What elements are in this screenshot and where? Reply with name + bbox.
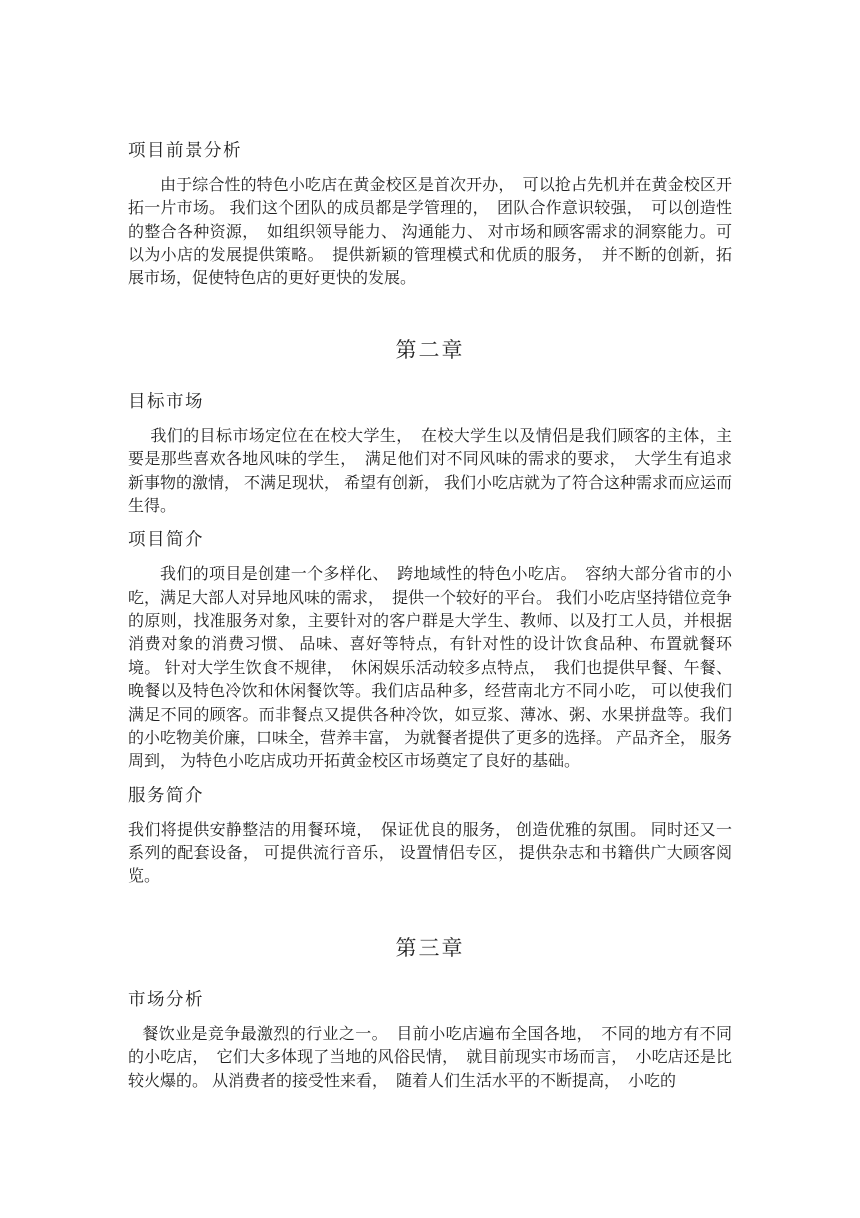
heading-project-prospect-analysis: 项目前景分析 [128,139,732,162]
paragraph-project-prospect: 由于综合性的特色小吃店在黄金校区是首次开办， 可以抢占先机并在黄金校区开拓一片市… [128,174,732,291]
document-page: 项目前景分析 由于综合性的特色小吃店在黄金校区是首次开办， 可以抢占先机并在黄金… [0,0,860,1218]
heading-project-intro: 项目简介 [128,528,732,551]
heading-target-market: 目标市场 [128,390,732,413]
chapter-2-heading: 第二章 [128,337,732,364]
heading-service-intro: 服务简介 [128,784,732,807]
paragraph-project-intro: 我们的项目是创建一个多样化、 跨地域性的特色小吃店。 容纳大部分省市的小吃，满足… [128,563,732,774]
chapter-3-heading: 第三章 [128,935,732,962]
paragraph-service-intro: 我们将提供安静整洁的用餐环境， 保证优良的服务， 创造优雅的氛围。 同时还又一系… [128,819,732,889]
paragraph-target-market: 我们的目标市场定位在在校大学生， 在校大学生以及情侣是我们顾客的主体，主要是那些… [128,425,732,519]
heading-market-analysis: 市场分析 [128,988,732,1011]
paragraph-market-analysis: 餐饮业是竞争最激烈的行业之一。 目前小吃店遍布全国各地， 不同的地方有不同的小吃… [128,1023,732,1093]
